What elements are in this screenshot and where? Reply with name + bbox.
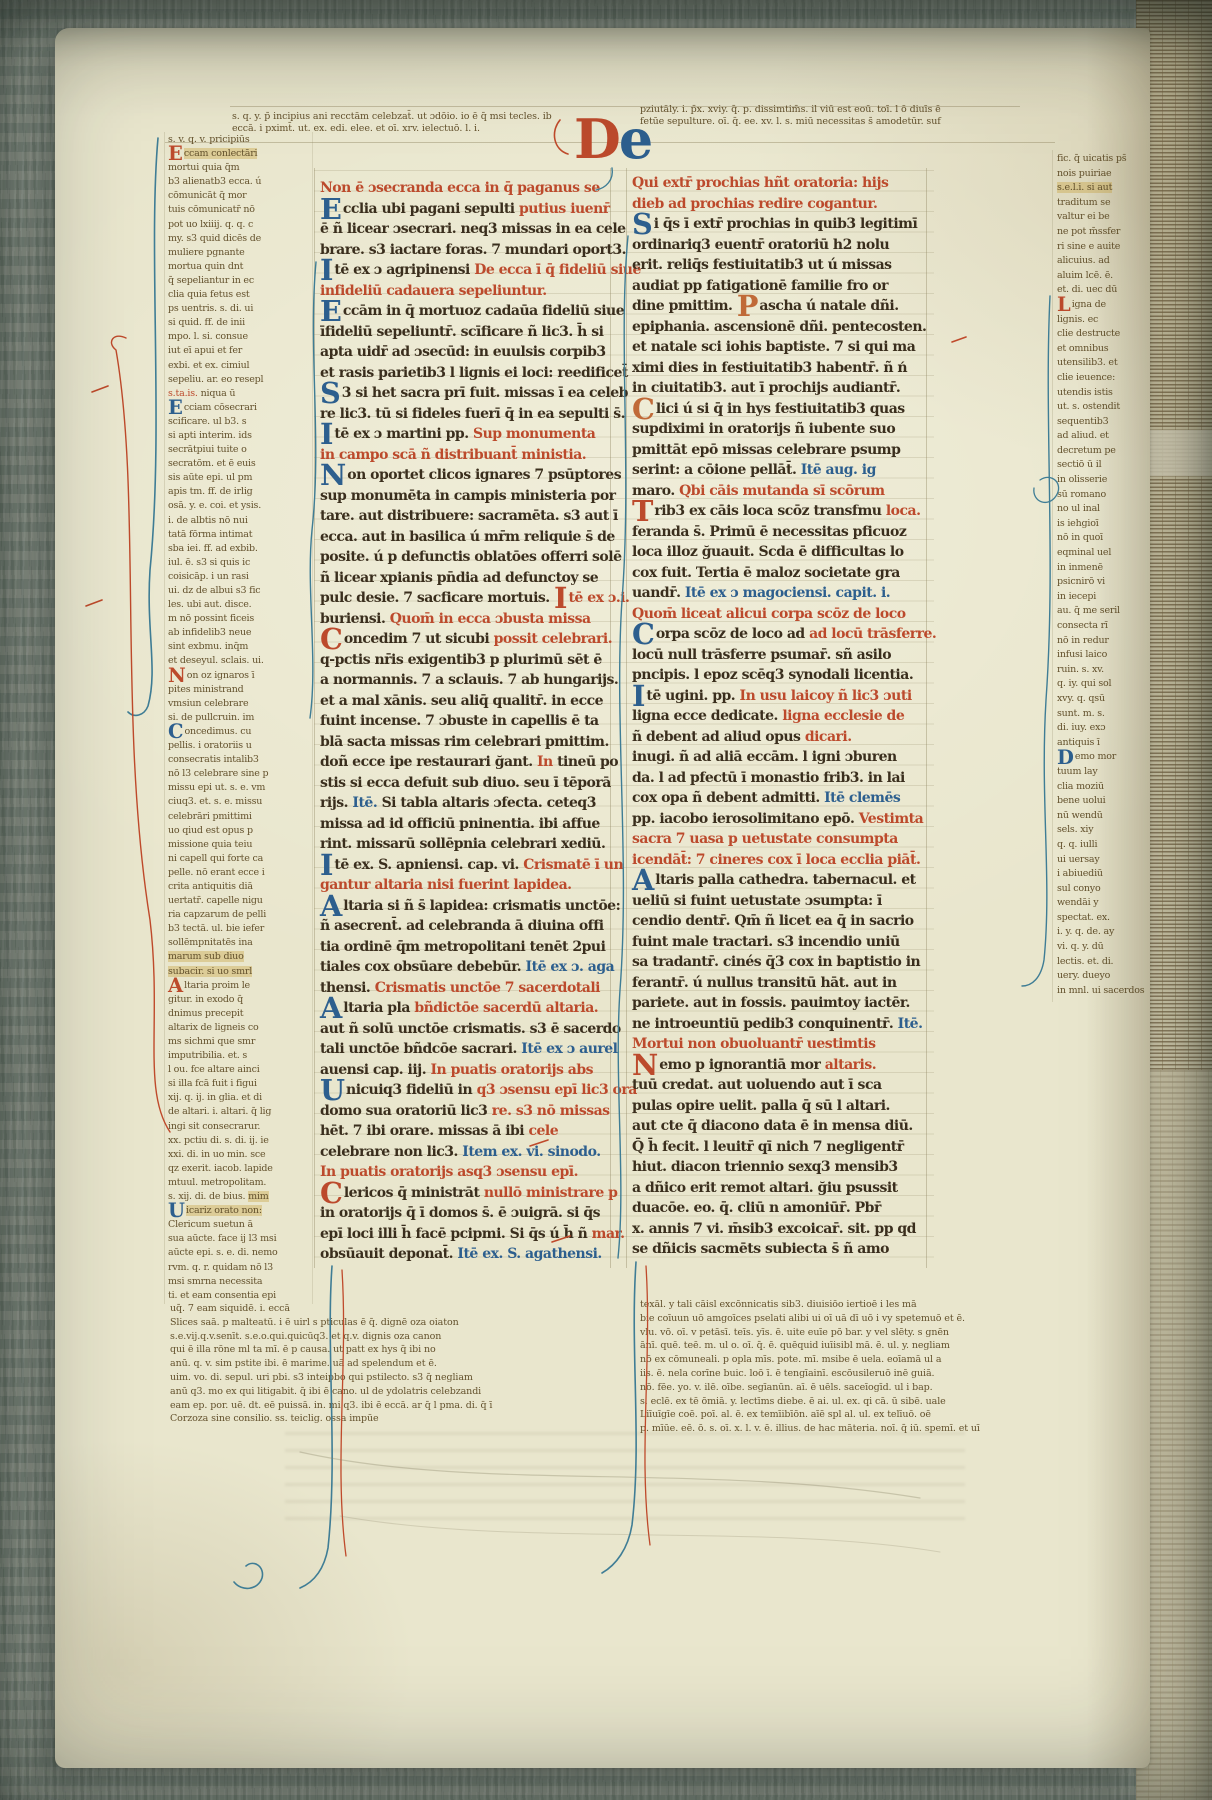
text-segment: qz exerit. iacob. lapide xyxy=(168,1163,273,1174)
text-segment: mortui quia q̄m xyxy=(168,162,239,173)
text-segment: pulas opire uelit. palla q̄ sū l altari. xyxy=(632,1098,890,1114)
text-line: si. de pullcruin. im xyxy=(168,711,314,725)
text-line: clia quia fetus est xyxy=(168,288,314,302)
text-segment: ordinariq3 euentr̄ oratoriū h2 nolu xyxy=(632,237,889,253)
text-line: i. de albtis nō nui xyxy=(168,514,314,528)
text-line: re lic3. tū si fideles fuerī q̄ in ea se… xyxy=(320,404,612,425)
text-line: ānī. quē. teē. m. ul o. oī. q̄. ē. quēqu… xyxy=(640,1339,1042,1353)
text-line: pulc desie. 7 sacficare mortuis. Itē ex … xyxy=(320,588,612,609)
text-line: cōmunicāt q̄ mor xyxy=(168,189,314,203)
text-line: vmsiun celebrare xyxy=(168,697,314,711)
text-line: sacra 7 uasa p uetustate consumpta xyxy=(632,829,928,850)
text-line: dieb ad prochias redire cogantur. xyxy=(632,194,928,215)
text-segment: q. iy. qui sol xyxy=(1057,678,1111,689)
text-segment: ñ debent ad aliud opus xyxy=(632,729,805,745)
text-segment: in ciuitatib3. aut ī prochijs audiantr̄. xyxy=(632,380,900,396)
text-line: In puatis oratorijs asq3 ɔsensu epī. xyxy=(320,1162,612,1183)
text-segment: valtur ei be xyxy=(1057,211,1110,222)
text-segment: Itē ex. S. agathensi. xyxy=(457,1246,601,1262)
text-line: sū romano xyxy=(1057,488,1149,503)
text-segment: clia quia fetus est xyxy=(168,289,250,300)
text-segment: eam ep. por. uē. dt. eē puissā. in. mi q… xyxy=(170,1400,492,1411)
text-segment: pot uo lxiiij. q. q. c xyxy=(168,219,253,230)
text-segment: missa ad id officiū pninentia. ibi affue xyxy=(320,816,600,832)
text-segment: ānī. quē. teē. m. ul o. oī. q̄. ē. quēqu… xyxy=(640,1340,950,1351)
text-segment: tē ugini. pp. xyxy=(646,688,739,704)
text-segment: rint. missarū sollēpnia celebrari xediū. xyxy=(320,836,605,852)
text-line: sepeliu. ar. eo resepl xyxy=(168,373,314,387)
text-line: missione quia teiu xyxy=(168,838,314,852)
text-line: ad aliud. et xyxy=(1057,429,1149,444)
text-segment: aut ñ solū unctōe crismatis. s3 ē sacerd… xyxy=(320,1021,621,1037)
text-line: pp. iacobo ierosolimitano epō. Vestimta xyxy=(632,809,928,830)
text-line: Ecciam cōsecrari xyxy=(168,401,314,415)
text-line: nō ex cōmuneali. p opla mīs. pote. mī. m… xyxy=(640,1353,1042,1367)
text-line: Ecclia ubi pagani sepulti putius iuenr̄ xyxy=(320,199,612,220)
text-segment: tē ex. S. apniensi. cap. vi. xyxy=(334,857,523,873)
text-line: s. eclē. ex tē ōmiā. y. lectīms diebe. ē… xyxy=(640,1395,1042,1409)
text-line: Trib3 ex cāis loca scōz transfmu loca. xyxy=(632,501,928,522)
text-segment: iul. ē. s3 si quis ic xyxy=(168,557,250,568)
left-margin-gloss: s. v. q. v. pricipiūsEccam conlectārimor… xyxy=(168,133,314,1303)
text-line: da. l ad pfectū ī monastio frib3. in lai xyxy=(632,768,928,789)
text-segment: tē ex ɔ.i. xyxy=(568,590,629,606)
text-segment: si quid. ff. de inii xyxy=(168,317,245,328)
text-line: fuint incense. 7 ɔbuste in capellis ē ta xyxy=(320,711,612,732)
text-segment: tia ordinē q̄m metropolitani tenēt 2pui xyxy=(320,939,605,955)
text-segment: Q̄ h̄ fecit. l leuitr̄ qī nich 7 neglige… xyxy=(632,1139,904,1155)
text-segment: Qbi cāis mutanda sī scōrum xyxy=(679,483,884,499)
text-segment: emo p ignorantiā mor xyxy=(659,1057,824,1073)
text-line: ruin. s. xv. xyxy=(1057,663,1149,678)
text-line: Clericos q̄ ministrāt nullō ministrare p xyxy=(320,1183,612,1204)
text-segment: serint: a cōione pellāt̄. xyxy=(632,462,801,478)
text-segment: fuint male tractari. s3 incendio uniū xyxy=(632,934,900,950)
text-line: s. xij. di. de bius. mim xyxy=(168,1190,314,1204)
text-segment: ti. et eam consentia epi xyxy=(168,1290,276,1301)
text-segment: nullō ministrare p xyxy=(484,1185,618,1201)
text-line: posite. ú p defunctis oblatōes offerri s… xyxy=(320,547,612,568)
text-line: in inmenē xyxy=(1057,561,1149,576)
text-line: thensi. Crismatis unctōe 7 sacerdotali xyxy=(320,978,612,999)
text-line: fuint male tractari. s3 incendio uniū xyxy=(632,932,928,953)
text-segment: re. s3 nō missas xyxy=(492,1103,610,1119)
text-line: ciuq3. et. s. e. missu xyxy=(168,795,314,809)
text-line: Altaris palla cathedra. tabernacul. et xyxy=(632,870,928,891)
text-segment: niqua ū xyxy=(201,388,236,399)
text-segment: Quom̄ in ecca ɔbusta missa xyxy=(390,611,591,627)
text-line: i. y. q. de. ay xyxy=(1057,925,1149,940)
text-segment: fic. q̄ uicatis ps̄ xyxy=(1057,153,1126,164)
text-segment: wendāi y xyxy=(1057,897,1098,908)
text-line: pites ministrand xyxy=(168,683,314,697)
text-line: celebrāri pmittimi xyxy=(168,810,314,824)
text-line: sup monumēta in campis ministeria por xyxy=(320,486,612,507)
text-segment: Corzoza sine consilio. ss. teiclig. ossa… xyxy=(170,1413,379,1424)
text-segment: aut cte q̄ diacono data ē in mensa diū. xyxy=(632,1118,913,1134)
text-segment: Mortui non obuoluantr̄ uestimtis xyxy=(632,1036,875,1052)
text-line: audiat pp fatigationē familie fro or xyxy=(632,276,928,297)
text-segment: pulc desie. 7 sacficare mortuis. xyxy=(320,590,554,606)
text-segment: infusi laico xyxy=(1057,649,1107,660)
text-segment: Itē. xyxy=(898,1016,923,1032)
text-segment: xxi. di. in uo min. sce xyxy=(168,1149,265,1160)
text-segment: oncedimus. cu xyxy=(185,726,252,737)
text-line: mortua quin dnt xyxy=(168,260,314,274)
right-margin-gloss: fic. q̄ uicatis ps̄nois puiriaes.e.l.i. … xyxy=(1057,152,1149,998)
text-segment: rib3 ex cāis loca scōz transfmu xyxy=(654,503,885,519)
text-segment: in iecepi xyxy=(1057,591,1096,602)
text-line: uq̄. 7 eam siquidē. i. eccā xyxy=(170,1302,610,1316)
text-line: sul conyo xyxy=(1057,882,1149,897)
text-segment: inugi. ñ ad aliā eccām. l igni ɔburen xyxy=(632,749,897,765)
text-segment: Liīuīgīe coē. poī. al. ē. ex temīibīōn. … xyxy=(640,1409,931,1420)
text-line: epiphania. ascensionē dñi. pentecosten. xyxy=(632,317,928,338)
text-segment: cclia ubi pagani sepulti xyxy=(343,201,519,217)
drop-cap-de: De xyxy=(574,112,651,166)
text-line: gantur altaria nisi fuerint lapidea. xyxy=(320,875,612,896)
text-line: uandr̄. Itē ex ɔ magociensi. capit. i. xyxy=(632,583,928,604)
text-segment: pelle. nō erant ecce i xyxy=(168,867,265,878)
text-line: sis aūte epi. ul pm xyxy=(168,471,314,485)
text-segment: cox opa ñ debent admitti. xyxy=(632,790,824,806)
text-segment: obsūauit deponat̄. xyxy=(320,1246,457,1262)
text-line: exbi. et ex. cimiul xyxy=(168,359,314,373)
text-line: sa tradantr̄. cinés q̄3 cox in baptistio… xyxy=(632,952,928,973)
text-segment: fuint incense. 7 ɔbuste in capellis ē ta xyxy=(320,713,599,729)
text-segment: ms sichmi que smr xyxy=(168,1036,255,1047)
text-line: sels. xiy xyxy=(1057,823,1149,838)
text-segment: et omnibus xyxy=(1057,343,1108,354)
text-segment: possit celebrari. xyxy=(494,631,613,647)
text-segment: 3 si het sacra prī fuit. missas ī ea cel… xyxy=(342,385,628,401)
text-line: pmittāt epō missas celebrare psump xyxy=(632,440,928,461)
text-line: Q̄ h̄ fecit. l leuitr̄ qī nich 7 neglige… xyxy=(632,1137,928,1158)
text-segment: xvy. q. qsū xyxy=(1057,693,1105,704)
text-line: aluim lcē. ē. xyxy=(1057,269,1149,284)
text-segment: exbi. et ex. cimiul xyxy=(168,360,249,371)
bleed-through-text xyxy=(285,1432,965,1528)
text-line: hiut. diacon triennio sexq3 mensib3 xyxy=(632,1157,928,1178)
text-line: imputribilia. et. s xyxy=(168,1049,314,1063)
text-segment: consecta rī xyxy=(1057,620,1108,631)
text-line: locū null trāsferre psumar̄. sñ asilo xyxy=(632,645,928,666)
text-line: pellis. i oratoriis u xyxy=(168,739,314,753)
text-segment: epī loci illi h̄ facē pcipmi. Si q̄s ú h… xyxy=(320,1226,592,1242)
text-segment: alicuius. ad xyxy=(1057,255,1110,266)
text-segment: utendis istis xyxy=(1057,387,1113,398)
text-segment: tuū credat. aut uoluendo aut ī sca xyxy=(632,1077,882,1093)
text-segment: nois puiriae xyxy=(1057,168,1111,179)
text-segment: imputribilia. et. s xyxy=(168,1050,247,1061)
text-line: ē ñ licear ɔsecrari. neq3 missas in ea c… xyxy=(320,219,612,240)
text-segment: osā. y. e. coi. et ysis. xyxy=(168,500,261,511)
text-segment: posite. ú p defunctis oblatōes offerri s… xyxy=(320,549,621,565)
text-line: obsūauit deponat̄. Itē ex. S. agathensi. xyxy=(320,1244,612,1265)
text-line: sint exbmu. inq̄m xyxy=(168,640,314,654)
text-segment: dine pmittim. xyxy=(632,298,737,314)
text-line: b3 tectā. ul. bie iefer xyxy=(168,922,314,936)
text-segment: xx. pctiu di. s. di. ij. ie xyxy=(168,1135,269,1146)
text-line: uo qiud est opus p xyxy=(168,824,314,838)
text-segment: secratōm. et ē euis xyxy=(168,458,256,469)
text-segment: ps uentris. s. di. ui xyxy=(168,303,253,314)
text-line: secratōm. et ē euis xyxy=(168,457,314,471)
text-segment: rijs. xyxy=(320,795,352,811)
text-segment: et a mal xānis. seu aliq̄ qualitr̄. in e… xyxy=(320,693,603,709)
text-line: vi. q. y. dū xyxy=(1057,940,1149,955)
ruling-line xyxy=(626,168,627,1268)
text-segment: x. annis 7 vi. m̄sib3 excoicar̄. sit. pp… xyxy=(632,1221,916,1237)
text-segment: s. q. y. p̄ incipius ani recctām celebza… xyxy=(232,111,552,122)
text-line: mtuul. metropolitam. xyxy=(168,1176,314,1190)
text-segment: ad aliud. et xyxy=(1057,430,1109,441)
text-segment: Non ē ɔsecranda ecca in q̄ paganus se xyxy=(320,180,600,196)
text-line: in mnl. ui sacerdos xyxy=(1057,984,1149,999)
text-segment: ne pot m̄ssfer xyxy=(1057,226,1120,237)
text-segment: ltaris palla cathedra. tabernacul. et xyxy=(655,872,915,888)
text-segment: mtuul. metropolitam. xyxy=(168,1177,266,1188)
text-segment: uandr̄. xyxy=(632,585,685,601)
text-line: loca illoz ğuauit. Scda ē difficultas lo xyxy=(632,542,928,563)
text-line: buriensi. Quom̄ in ecca ɔbusta missa xyxy=(320,609,612,630)
text-segment: ciuq3. et. s. e. missu xyxy=(168,796,262,807)
text-segment: hiut. diacon triennio sexq3 mensib3 xyxy=(632,1159,898,1175)
text-segment: In xyxy=(537,754,553,770)
text-segment: dnimus precepit xyxy=(168,1008,243,1019)
text-segment: igna de xyxy=(1072,299,1106,310)
text-segment: Quom̄ liceat alicui corpa scōz de loco xyxy=(632,606,906,622)
text-segment: putius iuenr̄ xyxy=(519,201,610,217)
text-line: ui uersay xyxy=(1057,853,1149,868)
text-segment: pp. iacobo ierosolimitano epō. xyxy=(632,811,859,827)
text-segment: pariete. aut in fossis. pauimtoy iactēr. xyxy=(632,995,910,1011)
text-line: ti. et eam consentia epi xyxy=(168,1289,314,1303)
text-line: Mortui non obuoluantr̄ uestimtis xyxy=(632,1034,928,1055)
drop-cap-letter-d: D xyxy=(574,107,619,171)
text-segment: vmsiun celebrare xyxy=(168,698,248,709)
text-segment: Vestimta xyxy=(859,811,924,827)
text-line: Altaria proim le xyxy=(168,979,314,993)
text-line: mortui quia q̄m xyxy=(168,161,314,175)
text-segment: coisicāp. i un rasi xyxy=(168,571,249,582)
text-line: xij. q. ij. in glia. et di xyxy=(168,1091,314,1105)
text-segment: ria capzarum de pelli xyxy=(168,909,266,920)
text-line: supdiximi in oratorijs ñ iubente suo xyxy=(632,419,928,440)
text-line: tia ordinē q̄m metropolitani tenēt 2pui xyxy=(320,937,612,958)
text-line: no ul inal xyxy=(1057,502,1149,517)
text-segment: nō in quoī xyxy=(1057,532,1103,543)
text-line: vlu. vō. oī. v petāsī. teīs. yīs. ē. uit… xyxy=(640,1326,1042,1340)
text-line: nois puiriae xyxy=(1057,167,1149,182)
text-line: ñ debent ad aliud opus dicari. xyxy=(632,727,928,748)
text-segment: uo qiud est opus p xyxy=(168,825,253,836)
text-segment: a dñico erit remot altari. ğiu psussit xyxy=(632,1180,898,1196)
text-segment: lericos q̄ ministrāt xyxy=(344,1185,484,1201)
text-line: ri sine e auite xyxy=(1057,240,1149,255)
text-segment: ab infidelib3 neue xyxy=(168,627,251,638)
text-segment: ad locū trāsferre. xyxy=(809,626,936,642)
text-line: bene uolui xyxy=(1057,794,1149,809)
text-line: Non oportet clicos ignares 7 psūptores xyxy=(320,465,612,486)
text-segment: tineū po xyxy=(553,754,618,770)
text-segment: De ecca ī q̄ fideliū siue xyxy=(474,262,641,278)
text-line: rint. missarū sollēpnia celebrari xediū. xyxy=(320,834,612,855)
text-segment: ltaria si ñ s̄ lapidea: crismatis unctōe… xyxy=(343,898,620,914)
text-segment: msi smrna necessita xyxy=(168,1276,262,1287)
text-line: s. q. y. p̄ incipius ani recctām celebza… xyxy=(232,111,612,123)
text-segment: iut eī apui et fer xyxy=(168,345,242,356)
text-segment: in mnl. ui sacerdos xyxy=(1057,985,1144,996)
text-segment: q. q. iulli xyxy=(1057,839,1097,850)
text-line: consecta rī xyxy=(1057,619,1149,634)
text-line: Altaria si ñ s̄ lapidea: crismatis unctō… xyxy=(320,896,612,917)
text-segment: aluim lcē. ē. xyxy=(1057,270,1113,281)
text-segment: pncipis. l epoz scēq3 synodali licentia. xyxy=(632,667,913,683)
text-segment: eccā. i pximt̄. ut. ex. edi. elee. et oī… xyxy=(232,123,480,134)
text-line: ordinariq3 euentr̄ oratoriū h2 nolu xyxy=(632,235,928,256)
text-segment: spectat. ex. xyxy=(1057,912,1110,923)
text-segment: celebrāri pmittimi xyxy=(168,811,252,822)
text-segment: is iehgioī xyxy=(1057,518,1099,529)
text-line: crita antiquitis diā xyxy=(168,880,314,894)
text-segment: sba iei. ff. ad exbib. xyxy=(168,543,258,554)
text-segment: au. q̄ me seril xyxy=(1057,605,1120,616)
text-segment: ingi sit consecrarur. xyxy=(168,1121,260,1132)
text-segment: In puatis oratorijs abs xyxy=(431,1062,594,1078)
text-segment: b3 tectā. ul. bie iefer xyxy=(168,923,264,934)
text-line: qz exerit. iacob. lapide xyxy=(168,1162,314,1176)
text-line: auensi cap. iij. In puatis oratorijs abs xyxy=(320,1060,612,1081)
text-segment: et natale sci iohis baptiste. 7 si qui m… xyxy=(632,339,915,355)
text-segment: dieb ad prochias redire cogantur. xyxy=(632,196,877,212)
text-line: Clici ú si q̄ in hys festiuitatib3 quas xyxy=(632,399,928,420)
text-segment: loca. xyxy=(886,503,921,519)
text-segment: tiales cox obsūare debebūr. xyxy=(320,959,526,975)
text-segment: si illa fcā fuit i figui xyxy=(168,1078,257,1089)
text-line: clie ieuence: xyxy=(1057,371,1149,386)
text-line: iut eī apui et fer xyxy=(168,344,314,358)
text-segment: q̄ sepeliantur in ec xyxy=(168,275,254,286)
text-line: Unicuiq3 fideliū in q3 ɔsensu epī lic3 o… xyxy=(320,1080,612,1101)
text-line: lectis. et. di. xyxy=(1057,955,1149,970)
text-segment: nū wendū xyxy=(1057,810,1103,821)
text-line: sunt. m. s. xyxy=(1057,707,1149,722)
text-segment: de altari. i. altari. q̄ lig xyxy=(168,1106,271,1117)
text-segment: ltaria pla xyxy=(343,1000,414,1016)
text-line: ui. dz de albui s3 fic xyxy=(168,584,314,598)
text-line: pncipis. l epoz scēq3 synodali licentia. xyxy=(632,665,928,686)
text-line: ps uentris. s. di. ui xyxy=(168,302,314,316)
text-line: scificare. ul b3. s xyxy=(168,415,314,429)
text-segment: nō ex cōmuneali. p opla mīs. pote. mī. m… xyxy=(640,1354,941,1365)
text-line: q̄ sepeliantur in ec xyxy=(168,274,314,288)
text-line: anū q3. mo ex qui litigabit. q̄ ibi ē ca… xyxy=(170,1385,610,1399)
text-line: b3 alienatb3 ecca. ú xyxy=(168,175,314,189)
text-line: celebrare non lic3. Item ex. vi. sinodo. xyxy=(320,1142,612,1163)
text-line: a normannis. 7 a sclauis. 7 ab hungarijs… xyxy=(320,670,612,691)
text-line: pariete. aut in fossis. pauimtoy iactēr. xyxy=(632,993,928,1014)
text-line: spectat. ex. xyxy=(1057,911,1149,926)
text-line: tuum lay xyxy=(1057,765,1149,780)
text-segment: sunt. m. s. xyxy=(1057,708,1105,719)
text-line: ms sichmi que smr xyxy=(168,1035,314,1049)
text-segment: apta uidr̄ ad ɔsecūd: in euulsis corpib3 xyxy=(320,344,606,360)
text-segment: pziutāly. i. p̄x. xviy. q̄. p. dissimtim… xyxy=(640,104,941,115)
text-segment: utensilib3. et xyxy=(1057,357,1117,368)
text-segment: s.e.l.i. si aut xyxy=(1057,182,1112,193)
text-segment: clie destructe xyxy=(1057,328,1120,339)
text-segment: nicuiq3 fideliū in xyxy=(346,1082,477,1098)
text-segment: Itē clemēs xyxy=(824,790,900,806)
text-segment: mortua quin dnt xyxy=(168,261,243,272)
text-line: Demo mor xyxy=(1057,750,1149,765)
text-line: pziutāly. i. p̄x. xviy. q̄. p. dissimtim… xyxy=(640,104,1020,116)
text-segment: uq̄. 7 eam siquidē. i. eccā xyxy=(170,1303,290,1314)
text-segment: domo sua oratoriū lic3 xyxy=(320,1103,492,1119)
text-line: apta uidr̄ ad ɔsecūd: in euulsis corpib3 xyxy=(320,342,612,363)
bottom-gloss-right: texāl. y tali cāisl excōnnicatis sib3. d… xyxy=(640,1298,1042,1436)
text-line: in olisserie xyxy=(1057,473,1149,488)
text-segment: Itē aug. ig xyxy=(801,462,876,478)
text-segment: s. eclē. ex tē ōmiā. y. lectīms diebe. ē… xyxy=(640,1396,946,1407)
text-segment: In puatis oratorijs asq3 ɔsensu epī. xyxy=(320,1164,578,1180)
text-segment: se dñicis sacmēts subiecta s̄ ñ amo xyxy=(632,1241,889,1257)
text-line: ueliū si fuint uetustate ɔsumpta: ī xyxy=(632,891,928,912)
text-segment: l ou. fce altare ainci xyxy=(168,1064,260,1075)
text-segment: iis. ē. nela corīne buic. loō ī. ē tengī… xyxy=(640,1368,934,1379)
text-line: Uicariz orato non: xyxy=(168,1204,314,1218)
text-line: et a mal xānis. seu aliq̄ qualitr̄. in e… xyxy=(320,691,612,712)
text-segment: ui uersay xyxy=(1057,854,1100,865)
text-segment: altaris. xyxy=(825,1057,876,1073)
text-line: epī loci illi h̄ facē pcipmi. Si q̄s ú h… xyxy=(320,1224,612,1245)
text-segment: icariz orato non: xyxy=(186,1205,262,1216)
text-segment: ltaria proim le xyxy=(184,980,250,991)
text-line: Clericum suetun ā xyxy=(168,1218,314,1232)
bottom-gloss-left: uq̄. 7 eam siquidē. i. eccāSlices saā. p… xyxy=(170,1302,610,1426)
text-segment: xij. q. ij. in glia. et di xyxy=(168,1092,262,1103)
main-column-2: Qui extr̄ prochias hñt oratoria: hijsdie… xyxy=(632,173,928,1260)
text-line: erit. reliq̄s festiuitatib3 ut ú missas xyxy=(632,255,928,276)
text-segment: sequentib3 xyxy=(1057,416,1108,427)
text-segment: a normannis. 7 a sclauis. 7 ab hungarijs… xyxy=(320,672,618,688)
text-line: sequentib3 xyxy=(1057,415,1149,430)
text-line: gitur. in exodo q̄ xyxy=(168,993,314,1007)
text-segment: Qui extr̄ prochias hñt oratoria: hijs xyxy=(632,175,888,191)
text-segment: clia moziū xyxy=(1057,781,1104,792)
text-segment: no ul inal xyxy=(1057,503,1100,514)
text-segment: uery. dueyo xyxy=(1057,970,1110,981)
text-line: utendis istis xyxy=(1057,386,1149,401)
text-segment: consecratis intalib3 xyxy=(168,754,259,765)
text-segment: ximi dies in festiuitatib3 habentr̄. ñ ń xyxy=(632,360,907,376)
text-segment: In usu laicoy ñ lic3 ɔuti xyxy=(740,688,912,704)
text-line: alicuius. ad xyxy=(1057,254,1149,269)
text-segment: marum sub diuo xyxy=(168,951,244,962)
text-line: au. q̄ me seril xyxy=(1057,604,1149,619)
text-segment: erit. reliq̄s festiuitatib3 ut ú missas xyxy=(632,257,892,273)
text-segment: uim. vo. di. sepul. uri pbi. s3 inteipbo… xyxy=(170,1372,473,1383)
text-segment: gantur altaria nisi fuerint lapidea. xyxy=(320,877,572,893)
text-segment: q-pctis nr̄is exigentib3 p plurimū sēt ē xyxy=(320,652,602,668)
text-line: valtur ei be xyxy=(1057,210,1149,225)
text-line: tiales cox obsūare debebūr. Itē ex ɔ. ag… xyxy=(320,957,612,978)
text-line: iul. ē. s3 si quis ic xyxy=(168,556,314,570)
text-segment: tē ex ɔ agripinensi xyxy=(334,262,474,278)
ruling-line xyxy=(164,132,165,1304)
text-line: di. iuy. exɔ xyxy=(1057,721,1149,736)
